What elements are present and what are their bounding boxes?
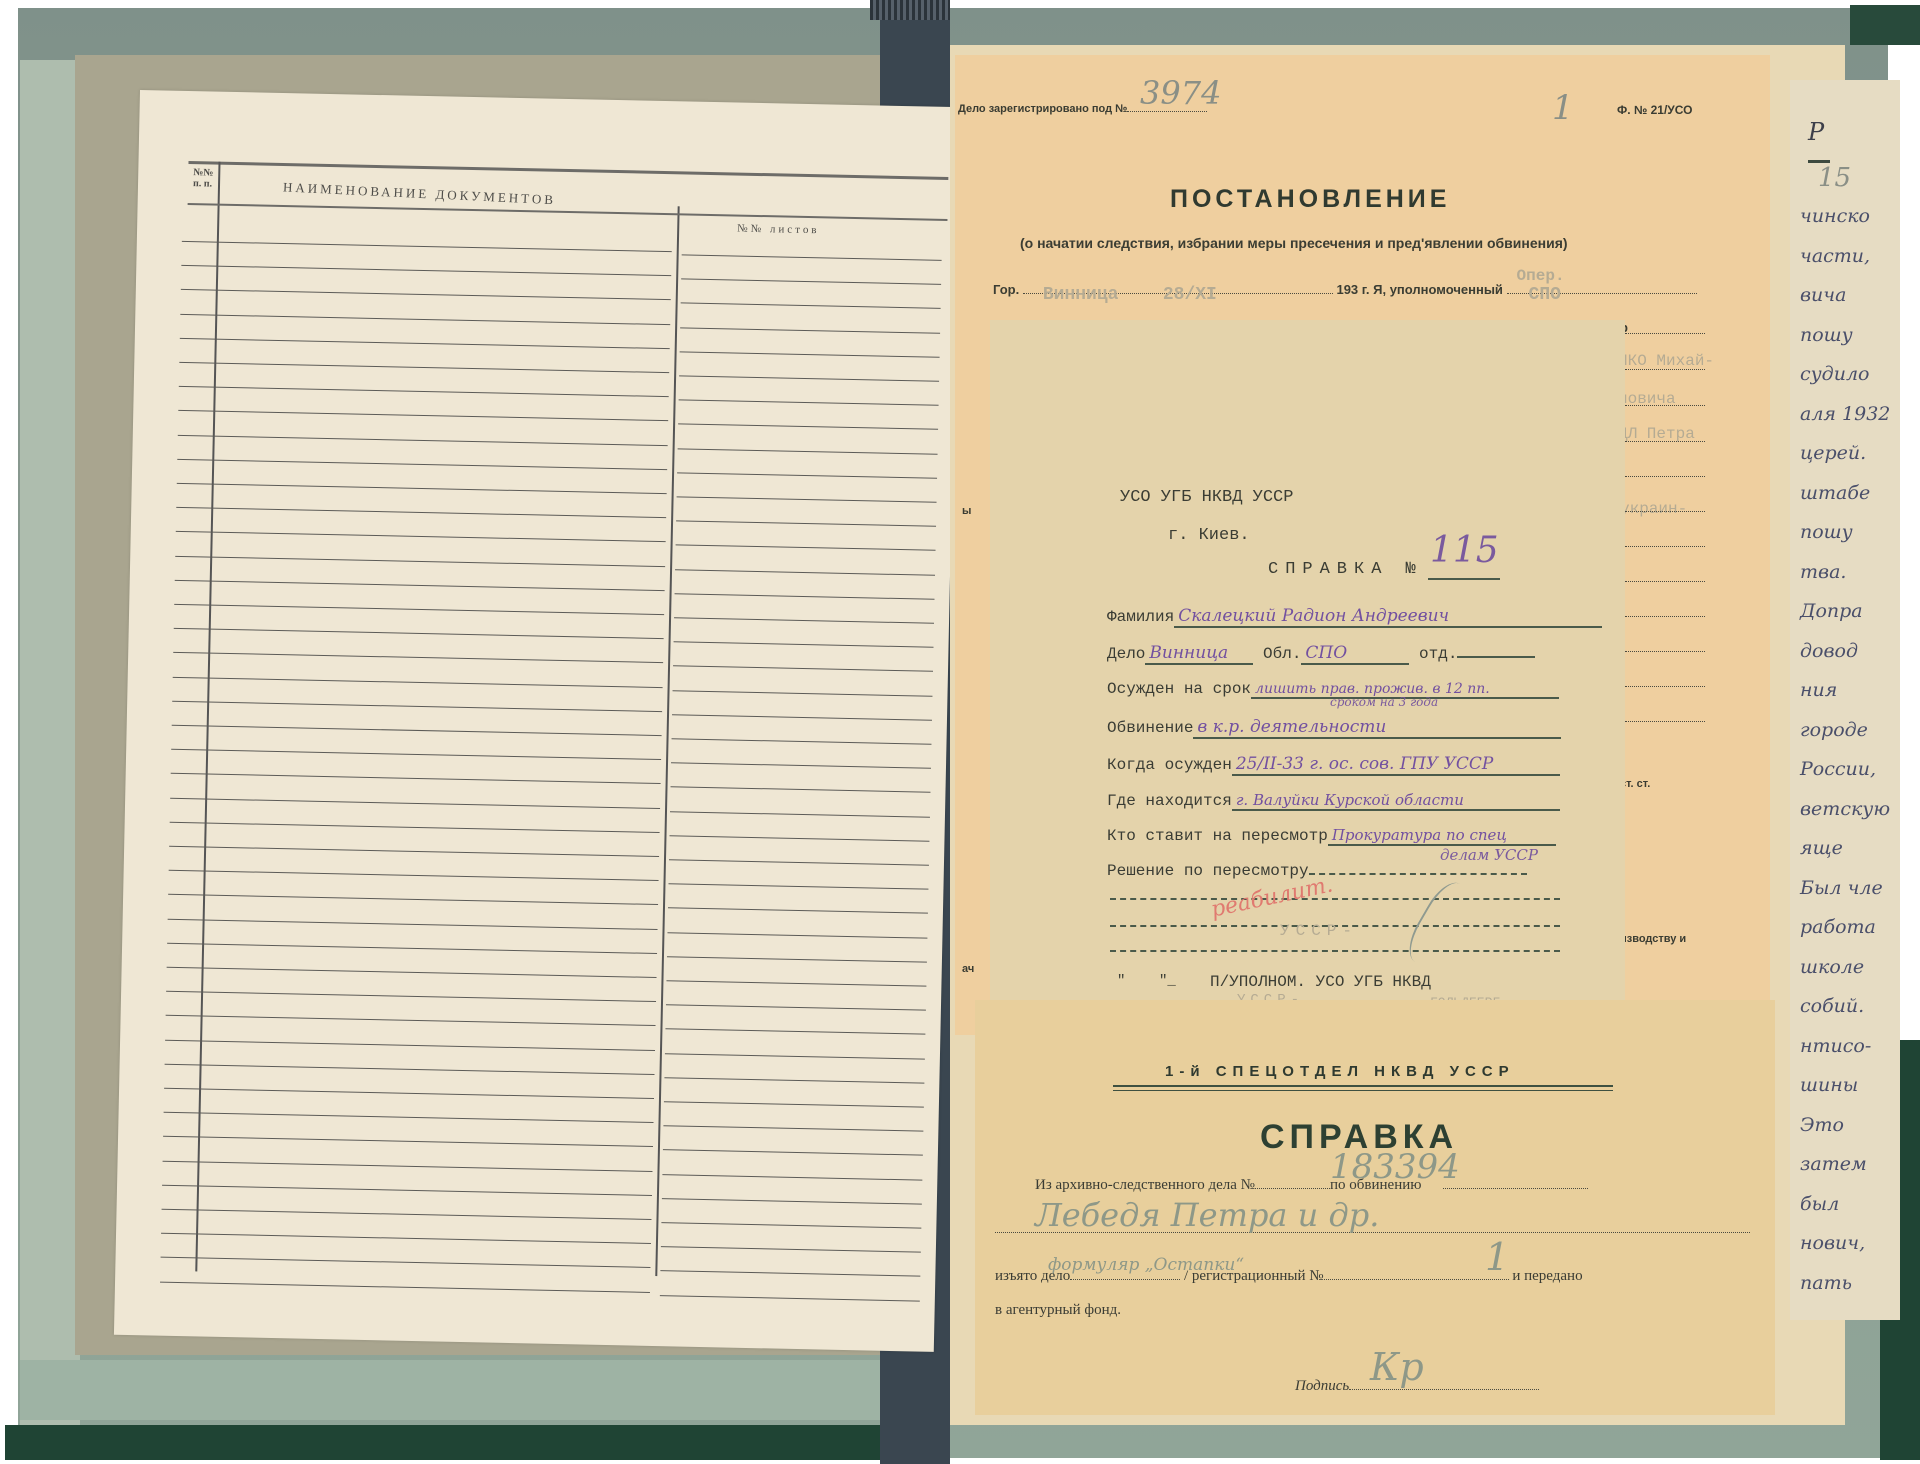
field-value: г. Валуйки Курской области: [1232, 791, 1560, 811]
margin-handwriting-line: России,: [1800, 758, 1876, 780]
column-header-document-name: НАИМЕНОВАНИЕ ДОКУМЕНТОВ: [283, 179, 557, 208]
table-row-rule: [181, 265, 671, 276]
registered-number: 3974: [1140, 74, 1221, 112]
dotline: [1625, 580, 1705, 582]
table-row-rule: [169, 846, 659, 857]
margin-handwriting-line: довод: [1800, 640, 1858, 662]
slip-city: г. Киев.: [1168, 526, 1250, 545]
table-row-rule: [673, 690, 933, 696]
city-line: Гор. Винница 28/XI 193 г. Я, уполномочен…: [993, 282, 1697, 297]
city-label: Гор.: [993, 282, 1019, 297]
table-row-rule: [661, 1246, 921, 1252]
field-label: Решение по пересмотру: [1107, 862, 1309, 880]
year-label: 193: [1336, 282, 1358, 297]
margin-handwriting-line: нович,: [1800, 1232, 1865, 1254]
table-row-rule: [667, 932, 927, 938]
table-row-rule: [681, 303, 941, 309]
form-number: Ф. № 21/УСО: [1617, 103, 1692, 117]
margin-top-number: 15: [1818, 163, 1851, 193]
document-subtitle: (о начатии следствия, избрании меры прес…: [1020, 235, 1568, 251]
table-row-rule: [674, 641, 934, 647]
table-row-rule: [178, 434, 668, 445]
field-value: в к.р. деятельности: [1193, 717, 1561, 739]
table-row-rule: [671, 762, 931, 768]
field-label: Дело: [1107, 645, 1145, 663]
table-row-rule: [164, 1088, 654, 1099]
margin-handwriting-line: штабе: [1800, 482, 1870, 504]
margin-handwriting-line: городе: [1800, 719, 1868, 741]
role-value: СПО: [1529, 285, 1561, 305]
folder-dark-edge-bottom: [5, 1425, 885, 1460]
table-row-rule: [176, 507, 666, 518]
authorized-label: г. Я, уполномоченный: [1362, 282, 1503, 297]
table-row-rule: [172, 725, 662, 736]
field-label: Где находится: [1107, 792, 1232, 810]
table-row-rule: [172, 701, 662, 712]
margin-handwriting-line: шины: [1800, 1074, 1858, 1096]
dotline: [1625, 440, 1705, 442]
margin-handwriting-line: пошу: [1800, 521, 1853, 543]
field-label: Когда осужден: [1107, 756, 1232, 774]
archive-case-field: [1255, 1188, 1330, 1189]
table-row-rule: [171, 773, 661, 784]
header-bottom-rule: [188, 203, 948, 221]
table-row-rule: [167, 943, 657, 954]
table-row-rule: [669, 835, 929, 841]
field-label: Осужден на срок: [1107, 680, 1251, 698]
field-label: Фамилия: [1107, 608, 1174, 626]
table-row-rule: [173, 676, 663, 687]
city-value: Винница: [1043, 285, 1119, 305]
table-row-rule: [678, 424, 938, 430]
table-row-rule: [177, 483, 667, 494]
table-row-rule: [680, 351, 940, 357]
table-row-rule: [170, 822, 660, 833]
margin-handwriting-line: собий.: [1800, 995, 1864, 1017]
table-row-rule: [178, 410, 668, 421]
dotline: [1625, 368, 1705, 370]
dotline: [1625, 650, 1705, 652]
slip-signatory: П/УПОЛНОМ. УСО УГБ НКВД: [1210, 973, 1431, 991]
date-value: 28/XI: [1163, 285, 1217, 305]
table-row-rule: [668, 908, 928, 914]
archive-case-line: Из архивно-следственного дела №по обвине…: [1035, 1177, 1588, 1194]
table-row-rule: [176, 531, 666, 542]
field-charge: Обвинениев к.р. деятельности: [1107, 717, 1561, 739]
table-row-rule: [166, 1015, 656, 1026]
table-row-rule: [165, 1064, 655, 1075]
table-row-rule: [667, 956, 927, 962]
department-header: 1-й СПЕЦОТДЕЛ НКВД УССР: [1165, 1063, 1515, 1080]
folder-edge-strip: [20, 60, 80, 1440]
table-row-rule: [672, 714, 932, 720]
margin-handwriting-line: был: [1800, 1193, 1839, 1215]
table-row-rule: [166, 991, 656, 1002]
field-label: Кто ставит на пересмотр: [1107, 827, 1328, 845]
blank-line: [1110, 950, 1560, 952]
table-row-rule: [679, 375, 939, 381]
field-case: ДелоВинница Обл.СПО отд.: [1107, 643, 1535, 665]
field-label-oblast: Обл.: [1263, 645, 1301, 663]
table-row-rule: [177, 459, 667, 470]
table-row-rule: [179, 386, 669, 397]
table-row-rule: [675, 593, 935, 599]
spine-binding: [870, 0, 950, 20]
margin-handwriting-line: яще: [1800, 837, 1843, 859]
field-sentenced-when: Когда осужден25/II-33 г. ос. сов. ГПУ УС…: [1107, 754, 1560, 776]
field-sentence-sub: сроком на 3 года: [1330, 695, 1438, 709]
margin-handwriting-line: пать: [1800, 1272, 1852, 1294]
table-row-rule: [663, 1125, 923, 1131]
margin-handwriting-line: Был чле: [1800, 877, 1883, 899]
table-row-rule: [180, 338, 670, 349]
field-value: [1309, 873, 1527, 875]
table-row-rule: [168, 894, 658, 905]
field-review-by: Кто ставит на пересмотрПрокуратура по сп…: [1107, 826, 1556, 846]
accused-name: Лебедя Петра и др.: [1035, 1196, 1379, 1234]
field-value-oblast: СПО: [1301, 643, 1409, 665]
table-row-rule: [676, 521, 936, 527]
table-row-rule: [666, 1004, 926, 1010]
field-location: Где находитсяг. Валуйки Курской области: [1107, 791, 1560, 811]
document-title: ПОСТАНОВЛЕНИЕ: [1170, 185, 1450, 214]
margin-handwriting-line: тва.: [1800, 561, 1846, 583]
slip-org: УСО УГБ НКВД УССР: [1120, 488, 1293, 507]
field-value: Скалецкий Радион Андреевич: [1174, 606, 1602, 628]
table-row-rule: [677, 496, 937, 502]
table-row-rule: [679, 400, 939, 406]
margin-handwriting-line: вича: [1800, 284, 1846, 306]
table-row-rule: [672, 738, 932, 744]
table-row-rule: [665, 1029, 925, 1035]
margin-handwriting-line: ветскую: [1800, 798, 1890, 820]
archive-case-prefix: Из архивно-следственного дела №: [1035, 1177, 1255, 1193]
dotline: [1625, 545, 1705, 547]
slip-number-line: [1428, 578, 1500, 580]
table-row-rule: [673, 666, 933, 672]
table-row-rule: [163, 1136, 653, 1147]
dotline: [1625, 332, 1705, 334]
fragment-name-4: украин-: [1620, 500, 1687, 518]
margin-handwriting-line: школе: [1800, 956, 1864, 978]
table-row-rule: [162, 1184, 652, 1195]
table-row-rule: [668, 883, 928, 889]
dotline: [1625, 404, 1705, 406]
table-row-rule: [173, 652, 663, 663]
table-top-rule: [188, 161, 948, 180]
table-row-rule: [677, 472, 937, 478]
margin-handwriting-line: судило: [1800, 363, 1869, 385]
margin-handwriting-line: пошу: [1800, 324, 1853, 346]
slip-title: СПРАВКА №: [1268, 560, 1423, 579]
margin-handwriting-line: церей.: [1800, 442, 1866, 464]
field-surname: ФамилияСкалецкий Радион Андреевич: [1107, 606, 1602, 628]
blank-line: [1110, 898, 1560, 900]
table-row-rule: [669, 859, 929, 865]
field-value-dept: [1457, 656, 1535, 658]
dotline: [1625, 510, 1705, 512]
table-row-rule: [663, 1150, 923, 1156]
dotline: [1625, 685, 1705, 687]
spravka-115-slip: [990, 320, 1625, 1010]
column-header-number: №№ п. п.: [193, 167, 219, 190]
signature-field: [1349, 1389, 1539, 1390]
table-row-rule: [164, 1112, 654, 1123]
table-row-rule: [671, 787, 931, 793]
registration-number: 1: [1485, 1235, 1509, 1279]
seized-field: [1070, 1279, 1180, 1280]
archive-charge-field: [1443, 1188, 1588, 1189]
table-row-rule: [665, 1053, 925, 1059]
table-row-rule: [174, 604, 664, 615]
transferred-label: и передано: [1512, 1268, 1582, 1284]
table-row-rule: [171, 749, 661, 760]
table-row-rule: [169, 870, 659, 881]
table-row-rule: [161, 1257, 651, 1268]
field-label-dept: отд.: [1419, 645, 1457, 663]
table-row-rule: [167, 967, 657, 978]
field-value: 25/II-33 г. ос. сов. ГПУ УССР: [1232, 754, 1560, 776]
role-field: Опер. СПО: [1507, 293, 1697, 294]
column-header-sheets: №№ листов: [737, 223, 820, 237]
folder-bottom-band: [20, 1360, 880, 1420]
inventory-table: №№ п. п. НАИМЕНОВАНИЕ ДОКУМЕНТОВ №№ лист…: [165, 161, 948, 1287]
table-row-rule: [180, 313, 670, 324]
column-divider-1: [195, 162, 220, 1272]
fragment-left-1: ы: [962, 505, 971, 517]
table-row-rule: [674, 617, 934, 623]
margin-handwriting-line: ния: [1800, 679, 1837, 701]
margin-handwriting-line: работа: [1800, 916, 1876, 938]
field-value: Прокуратура по спец: [1328, 826, 1556, 846]
margin-handwriting-line: части,: [1800, 245, 1870, 267]
inventory-page: №№ п. п. НАИМЕНОВАНИЕ ДОКУМЕНТОВ №№ лист…: [114, 90, 960, 1352]
field-value: Винница: [1145, 643, 1253, 665]
signature-value: Кр: [1370, 1345, 1424, 1389]
table-row-rule: [670, 811, 930, 817]
table-row-rule: [182, 241, 672, 252]
margin-handwriting-line: аля 1932: [1800, 403, 1890, 425]
registration-field: [1324, 1279, 1509, 1280]
faded-typed-text: УССР-: [1280, 922, 1358, 940]
sheet-mark: 1: [1552, 88, 1574, 128]
margin-top-mark: Р: [1808, 118, 1824, 146]
agent-fund-line: в агентурный фонд.: [995, 1302, 1121, 1319]
margin-handwriting-line: Допра: [1800, 600, 1863, 622]
table-row-rule: [681, 279, 941, 285]
seized-value: формуляр „Остапки“: [1048, 1255, 1244, 1275]
table-row-rule: [676, 545, 936, 551]
margin-handwriting-line: Это: [1800, 1114, 1844, 1136]
table-row-rule: [170, 797, 660, 808]
table-row-rule: [160, 1281, 650, 1292]
fragment-left-2: ач: [962, 963, 974, 975]
table-row-rule: [168, 918, 658, 929]
table-row-rule: [664, 1077, 924, 1083]
table-row-rule: [661, 1222, 921, 1228]
table-row-rule: [660, 1295, 920, 1301]
table-row-rule: [662, 1174, 922, 1180]
table-row-rule: [662, 1198, 922, 1204]
table-row-rule: [162, 1209, 652, 1220]
archive-case-number: 183394: [1330, 1147, 1460, 1187]
dotline: [1625, 475, 1705, 477]
dotline: [1625, 615, 1705, 617]
city-field: Винница 28/XI: [1023, 293, 1333, 294]
column-divider-2: [655, 206, 679, 1276]
margin-handwriting-line: чинско: [1800, 205, 1870, 227]
table-row-rule: [675, 569, 935, 575]
margin-handwriting-line: нтисо-: [1800, 1035, 1871, 1057]
dotline: [1625, 720, 1705, 722]
table-row-rule: [678, 448, 938, 454]
fragment-proceedings: изводству и: [1620, 933, 1686, 945]
table-row-rule: [660, 1271, 920, 1277]
slip-number: 115: [1430, 530, 1499, 571]
registered-label-text: Дело зарегистрировано под №: [958, 103, 1127, 115]
table-row-rule: [682, 254, 942, 260]
table-row-rule: [165, 1039, 655, 1050]
table-row-rule: [175, 580, 665, 591]
table-row-rule: [664, 1101, 924, 1107]
field-label: Обвинение: [1107, 719, 1193, 737]
table-row-rule: [174, 628, 664, 639]
table-row-rule: [179, 362, 669, 373]
role-value-top: Опер.: [1517, 267, 1565, 285]
table-row-rule: [175, 555, 665, 566]
signature-label: Подпись: [1295, 1378, 1349, 1394]
margin-handwriting-line: затем: [1800, 1153, 1867, 1175]
table-row-rule: [680, 327, 940, 333]
slip-quote-marks: " "_: [1117, 973, 1176, 989]
department-rule: [1113, 1085, 1613, 1091]
table-row-rule: [181, 289, 671, 300]
folder-dark-edge-top: [1850, 5, 1920, 45]
table-row-rule: [163, 1160, 653, 1171]
table-row-rule: [161, 1233, 651, 1244]
table-row-rule: [666, 980, 926, 986]
